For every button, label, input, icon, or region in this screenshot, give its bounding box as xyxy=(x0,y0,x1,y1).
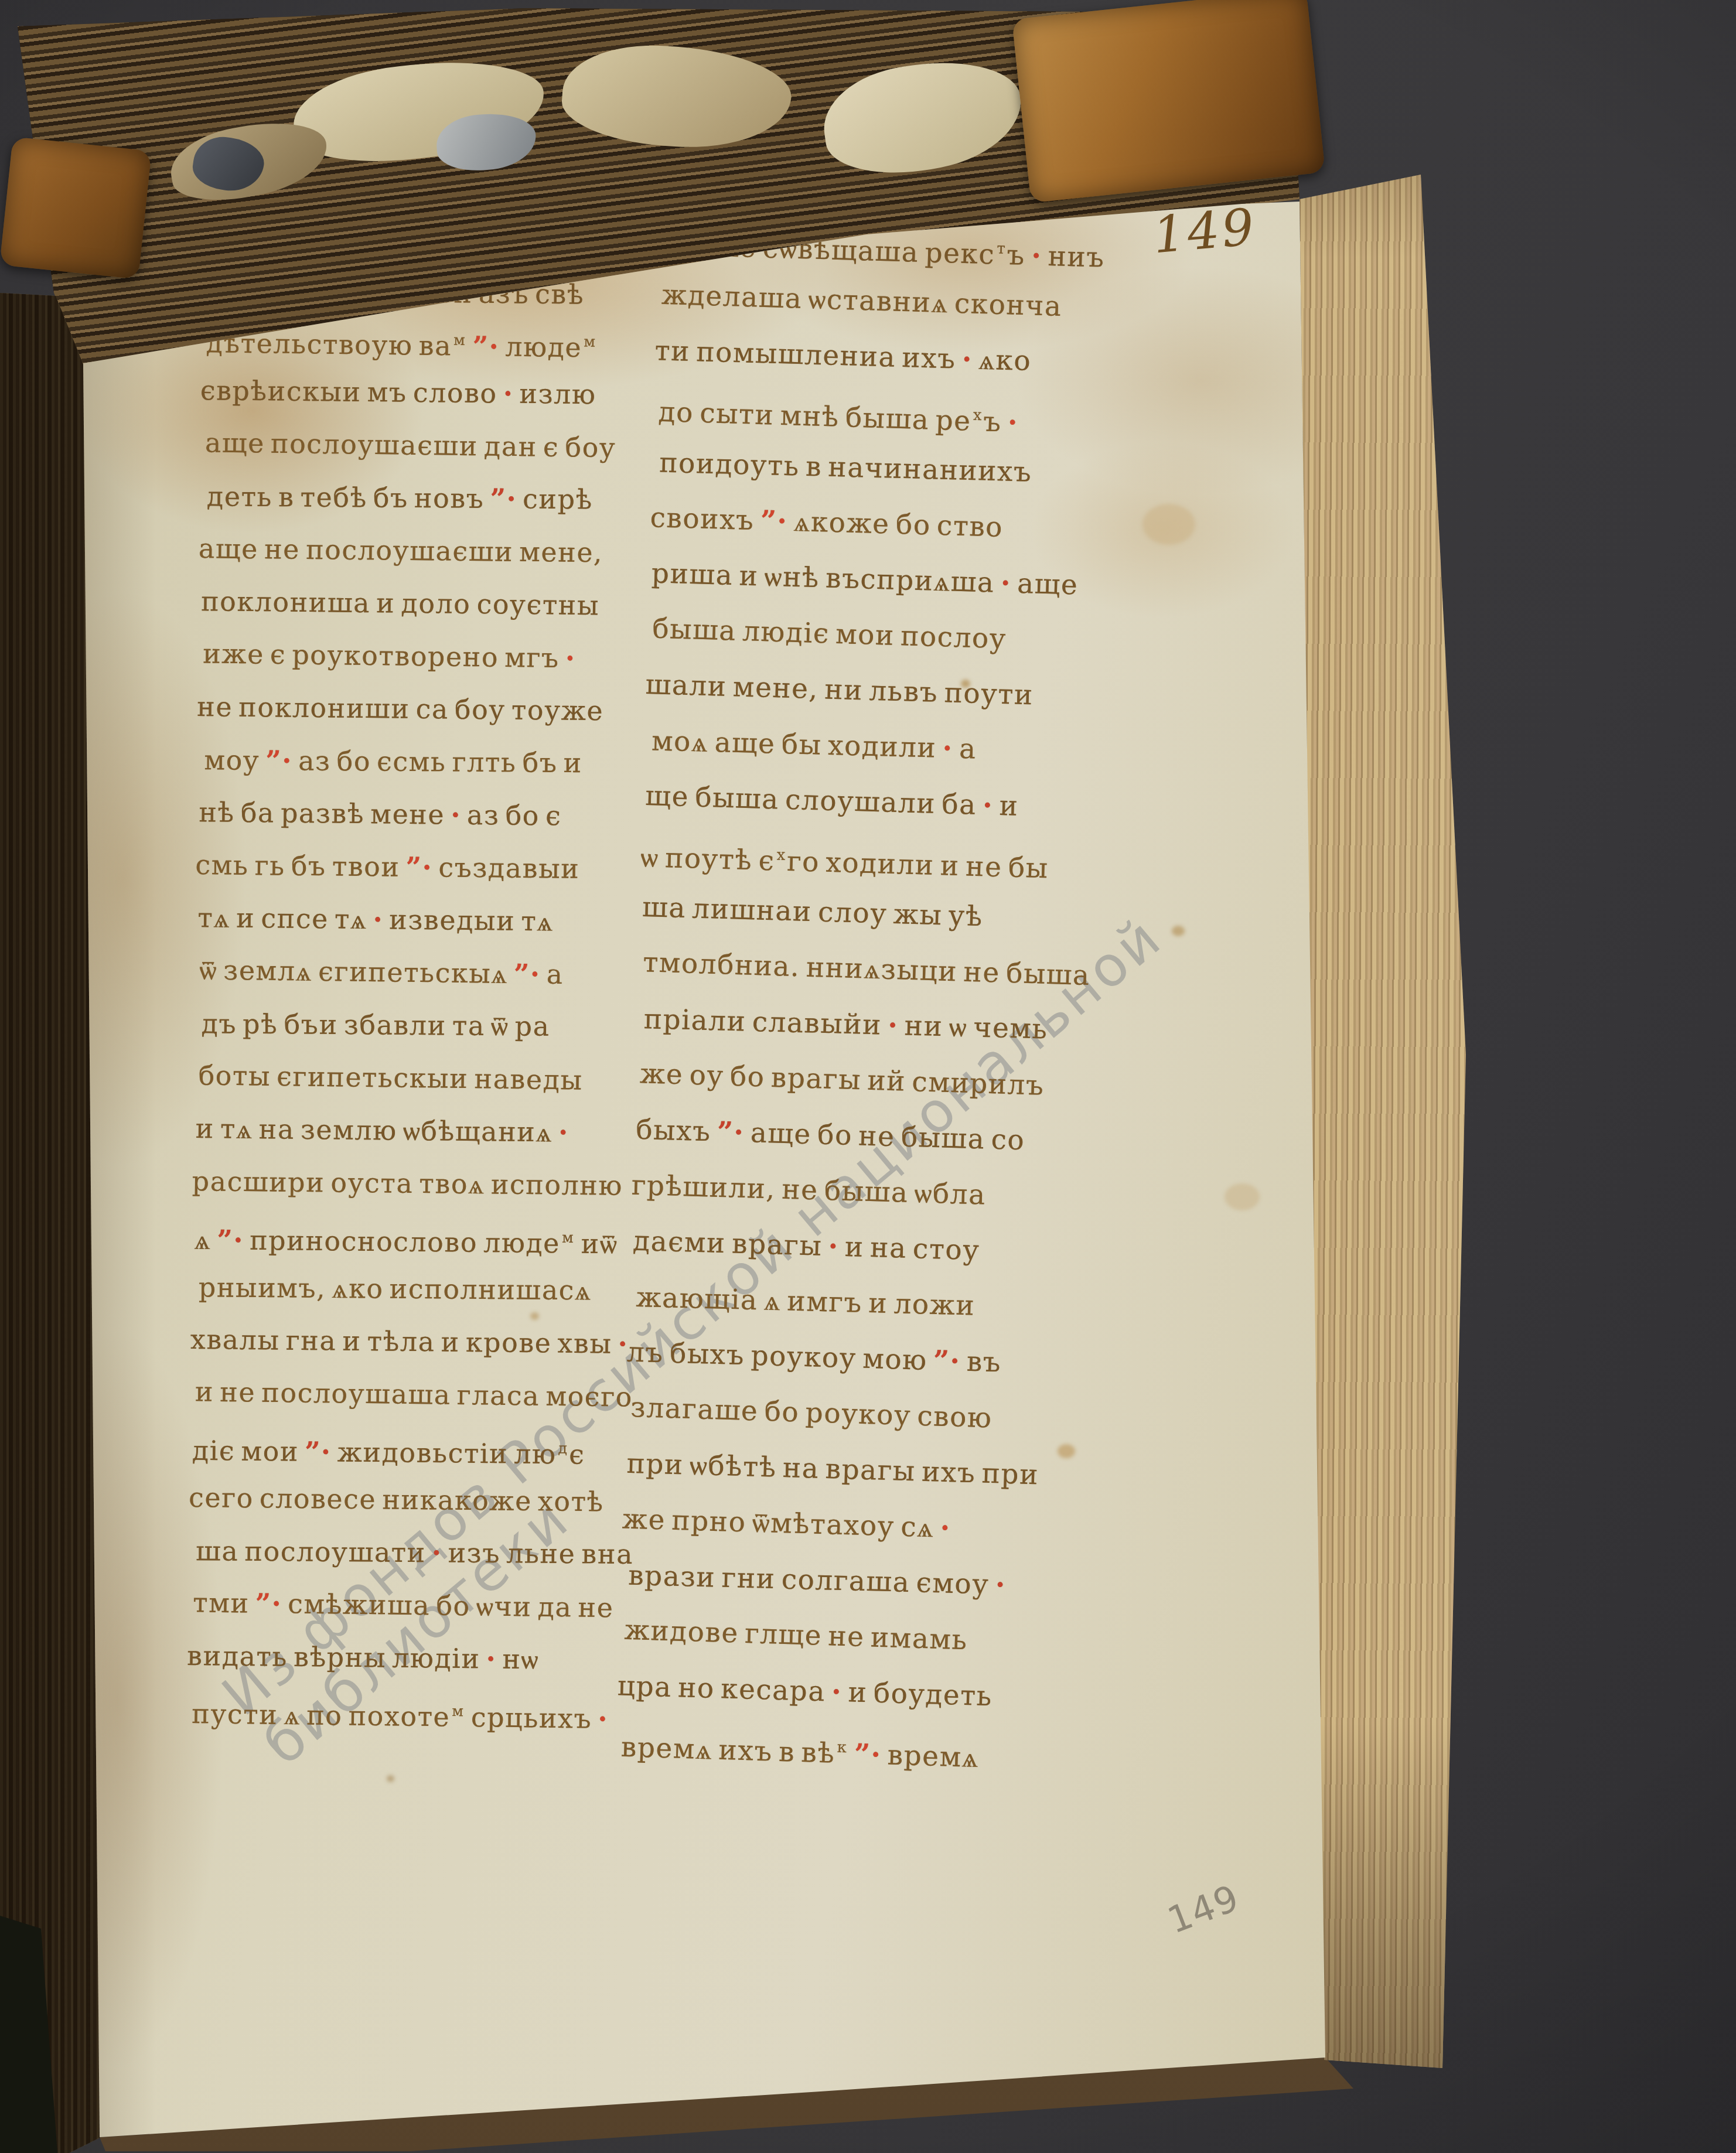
text-column-left: слышителюд ємои азъ свѣдѣтельствоую вам … xyxy=(189,258,638,1739)
text-line: и не послоушаша гласа моєго xyxy=(195,1365,629,1423)
text-line: нѣ ба развѣ мене · аз бо є xyxy=(199,786,633,843)
text-line: иже є роукотворено мгъ · xyxy=(203,627,637,685)
text-line: пусти ѧ по похотем срцьихъ · xyxy=(192,1681,626,1739)
text-line: расшири оуста твоѧ исполню xyxy=(192,1155,626,1212)
leather-corner-top-right xyxy=(1012,0,1325,203)
leather-corner-top-left xyxy=(0,137,152,279)
text-line: боты єгипетьскыи наведы xyxy=(198,1049,632,1107)
text-line: єврѣискыи мъ слово · излю xyxy=(200,364,634,421)
text-column-right: ѧкоже сѿвѣщаша рекстъ · ниъжделаша ѡстав… xyxy=(618,211,1124,1782)
text-line: аще не послоушаєши мене, xyxy=(199,522,633,579)
text-line: аще послоушаєши дан є боу xyxy=(204,416,639,474)
text-line: видать вѣрны людіи · нѡ xyxy=(187,1629,621,1687)
foxing-spot xyxy=(387,1775,394,1782)
text-line: рныимъ, ѧко исполнишасѧ xyxy=(198,1261,632,1317)
stain-spot xyxy=(1142,504,1195,545)
manuscript-photograph: Из фондов Российской национальной библио… xyxy=(0,0,1736,2153)
text-line: и тѧ на землю ѡбѣщаниѧ · xyxy=(195,1102,629,1159)
text-line: не поклониши са боу тоуже xyxy=(197,680,631,738)
text-line: сего словесе никакоже хотѣ xyxy=(189,1471,623,1528)
text-line: ша послоушати · изъ льне вна xyxy=(196,1524,630,1581)
text-line: деть в тебѣ бъ новъ ”· сирѣ xyxy=(207,470,641,526)
text-line: ѿ землѧ єгипетьскыѧ ”· а xyxy=(199,943,633,1001)
text-line: дъ рѣ бъи збавли та ѿ ра xyxy=(201,997,635,1053)
text-line: діє мои ”· жидовьстіи людє xyxy=(192,1418,626,1476)
text-line: смь гь бъ твои ”· създавыи xyxy=(195,838,629,896)
stain-spot xyxy=(1225,1183,1260,1210)
text-line: хвалы гна и тѣла и крове хвы · xyxy=(190,1313,624,1370)
text-line: поклониша и доло соуєтны xyxy=(201,575,635,632)
text-line: тѧ и спсе тѧ · изведыи тѧ xyxy=(197,891,632,948)
text-line: моу ”· аз бо єсмь глть бъ и xyxy=(204,733,638,790)
text-line: ѧ ”· приноснослово людем иѿ xyxy=(194,1207,628,1265)
text-line: тми ”· смѣжиша бо ѡчи да не xyxy=(193,1576,627,1634)
